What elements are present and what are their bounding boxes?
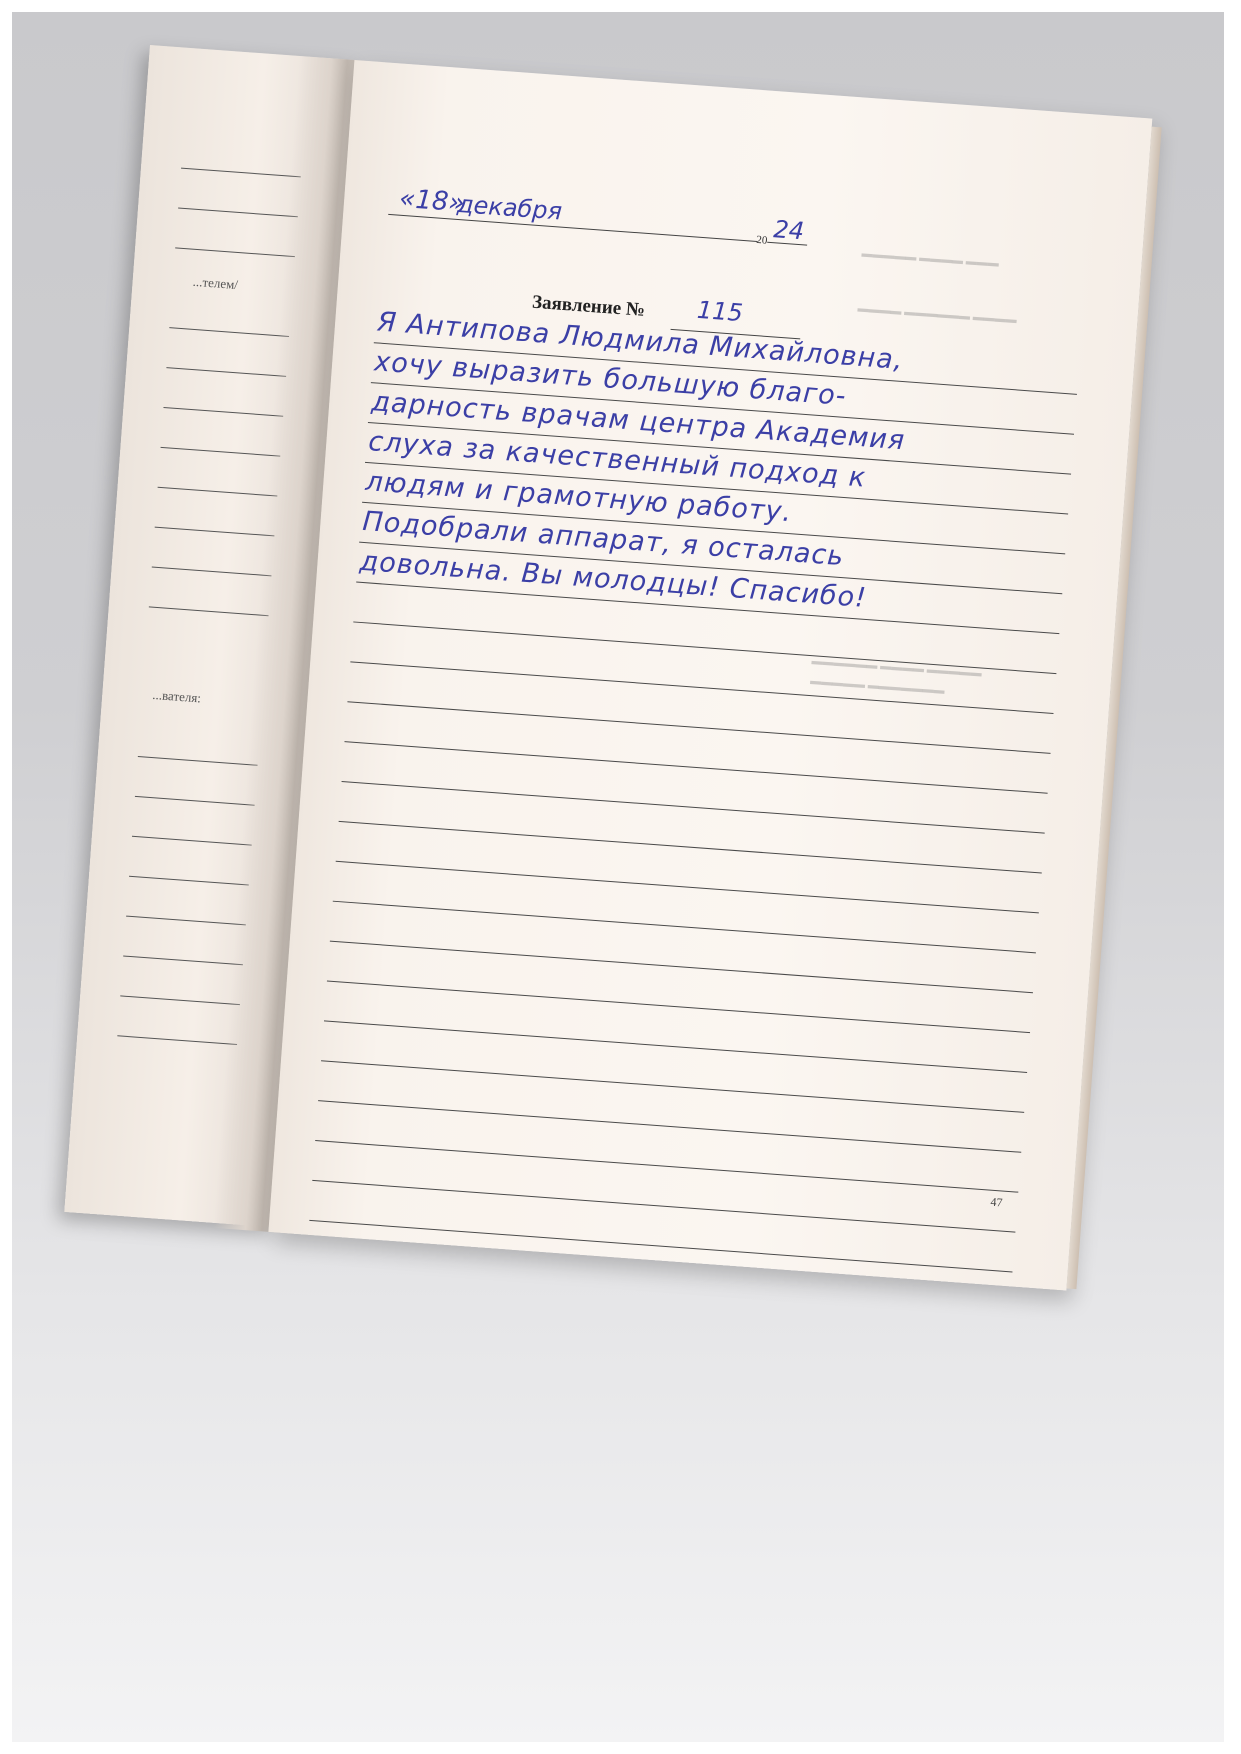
- ruled-line: [318, 1100, 1021, 1153]
- ruled-line: [336, 861, 1039, 914]
- left-rule: [123, 955, 243, 965]
- left-rule: [120, 995, 240, 1005]
- left-rule: [149, 606, 269, 616]
- left-rule: [138, 756, 258, 766]
- left-rule: [132, 836, 252, 846]
- application-number: 115: [696, 296, 744, 327]
- left-rule: [175, 247, 295, 257]
- left-rule: [129, 876, 249, 886]
- left-rule: [163, 407, 283, 417]
- left-rule: [181, 168, 301, 178]
- ruled-line: [321, 1060, 1024, 1113]
- left-rule: [169, 327, 289, 337]
- open-notebook: ...телем/ ...вателя: ▬▬▬▬▬ ▬▬▬▬ ▬▬▬ ▬▬▬▬…: [60, 45, 1147, 1345]
- ruled-line: [309, 1220, 1012, 1273]
- ruled-line: [330, 941, 1033, 994]
- left-page-fragment: ...вателя:: [152, 687, 202, 707]
- left-rule: [161, 447, 281, 457]
- date-rule: [388, 214, 757, 242]
- ruled-line: [342, 781, 1045, 834]
- page-number: 47: [990, 1195, 1003, 1211]
- left-rule: [126, 916, 246, 926]
- ruled-line: [312, 1180, 1015, 1233]
- date-year-prefix: 20: [756, 234, 768, 247]
- left-rule: [158, 487, 278, 497]
- ruled-line: [327, 980, 1030, 1033]
- left-page-fragment: ...телем/: [192, 274, 238, 293]
- ruled-line: [353, 621, 1056, 674]
- right-page: ▬▬▬▬▬ ▬▬▬▬ ▬▬▬ ▬▬▬▬ ▬▬▬▬▬▬ ▬▬▬▬ ▬▬▬▬▬▬ ▬…: [268, 60, 1152, 1290]
- ruled-line: [324, 1020, 1027, 1073]
- ruled-line: [344, 741, 1047, 794]
- ruled-line: [333, 901, 1036, 954]
- left-rule: [178, 207, 298, 217]
- left-rule: [155, 527, 275, 537]
- page-title: Заявление №: [531, 292, 645, 322]
- date-field: «18» декабря 20 24: [388, 181, 810, 252]
- left-rule: [152, 567, 272, 577]
- date-year: 24: [773, 215, 806, 245]
- ruled-line: [347, 701, 1050, 754]
- ruled-line: [339, 821, 1042, 874]
- left-rule: [117, 1035, 237, 1045]
- ruled-line: [315, 1140, 1018, 1193]
- left-rule: [135, 796, 255, 806]
- left-rule: [166, 367, 286, 377]
